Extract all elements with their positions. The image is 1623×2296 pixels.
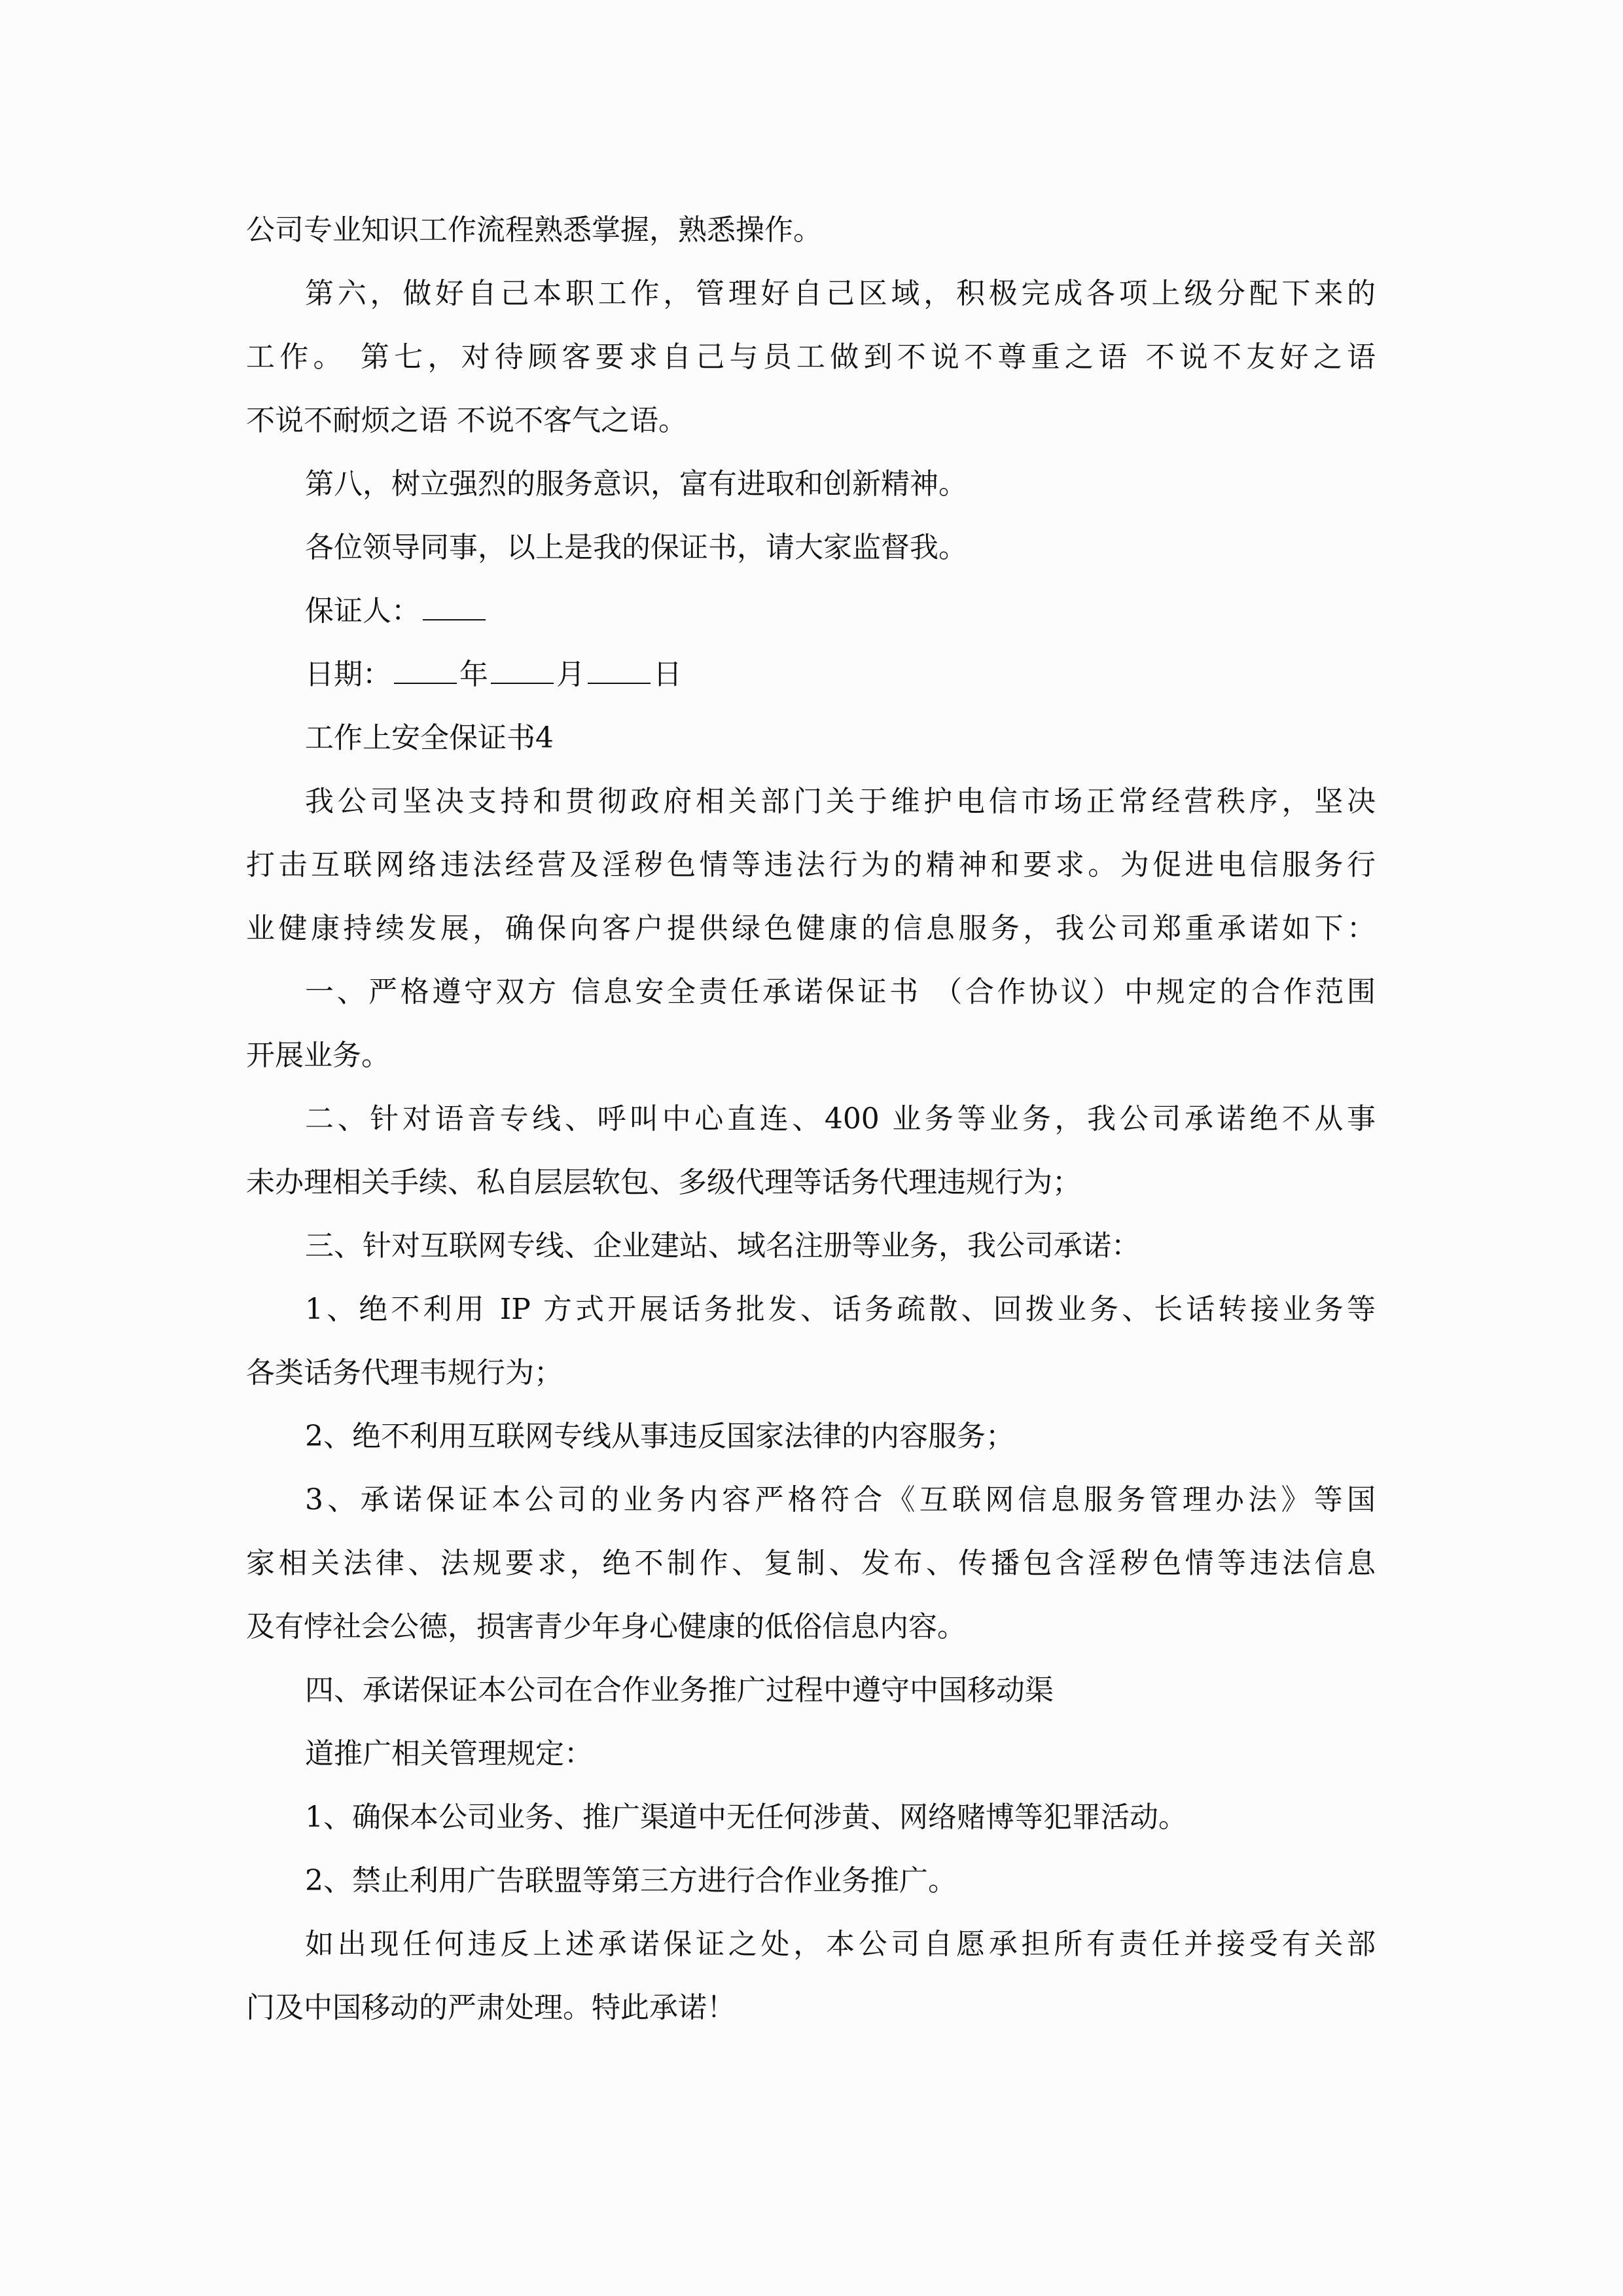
date-label: 日期： <box>305 658 391 691</box>
section-title: 工作上安全保证书4 <box>305 720 554 757</box>
year-label: 年 <box>459 658 488 691</box>
paragraph-line: 门及中国移动的严肃处理。特此承诺！ <box>246 1990 736 2026</box>
paragraph-line: 不说不耐烦之语 不说不客气之语。 <box>246 403 687 439</box>
paragraph-line: 3、承诺保证本公司的业务内容严格符合《互联网信息服务管理办法》等国 <box>305 1482 1376 1518</box>
paragraph-line: 第八，树立强烈的服务意识，富有进取和创新精神。 <box>305 466 967 503</box>
paragraph-line: 各位领导同事，以上是我的保证书，请大家监督我。 <box>305 529 967 566</box>
paragraph-line: 各类话务代理韦规行为； <box>246 1355 563 1391</box>
paragraph-line: 业健康持续发展，确保向客户提供绿色健康的信息服务，我公司郑重承诺如下： <box>246 910 1376 947</box>
paragraph-line: 2、禁止利用广告联盟等第三方进行合作业务推广。 <box>305 1863 957 1899</box>
paragraph-line: 家相关法律、法规要求，绝不制作、复制、发布、传播包含淫秽色情等违法信息 <box>246 1545 1376 1582</box>
paragraph-line: 公司专业知识工作流程熟悉掌握，熟悉操作。 <box>246 212 822 249</box>
paragraph-line: 未办理相关手续、私自层层软包、多级代理等话务代理违规行为； <box>246 1164 1081 1201</box>
paragraph-line: 一、严格遵守双方 信息安全责任承诺保证书 （合作协议）中规定的合作范围 <box>305 974 1376 1011</box>
paragraph-line: 1、绝不利用 IP 方式开展话务批发、话务疏散、回拨业务、长话转接业务等 <box>305 1291 1376 1328</box>
paragraph-line: 四、承诺保证本公司在合作业务推广过程中遵守中国移动渠 <box>305 1672 1054 1709</box>
paragraph-line: 工作。 第七，对待顾客要求自己与员工做到不说不尊重之语 不说不友好之语 <box>246 339 1376 376</box>
paragraph-line: 2、绝不利用互联网专线从事违反国家法律的内容服务； <box>305 1418 1014 1455</box>
day-blank[interactable] <box>588 656 651 684</box>
paragraph-line: 三、针对互联网专线、企业建站、域名注册等业务，我公司承诺： <box>305 1228 1140 1265</box>
day-label: 日 <box>653 658 682 691</box>
paragraph-line: 二、针对语音专线、呼叫中心直连、400 业务等业务，我公司承诺绝不从事 <box>305 1101 1376 1138</box>
signature-label: 保证人： <box>305 594 420 628</box>
month-label: 月 <box>556 658 585 691</box>
month-blank[interactable] <box>491 656 554 684</box>
paragraph-line: 我公司坚决支持和贯彻政府相关部门关于维护电信市场正常经营秩序，坚决 <box>305 783 1376 820</box>
paragraph-line: 如出现任何违反上述承诺保证之处，本公司自愿承担所有责任并接受有关部 <box>305 1926 1376 1963</box>
signature-line: 保证人： <box>305 593 488 630</box>
paragraph-line: 开展业务。 <box>246 1037 390 1074</box>
paragraph-line: 打击互联网络违法经营及淫秽色情等违法行为的精神和要求。为促进电信服务行 <box>246 847 1376 884</box>
document-page: 公司专业知识工作流程熟悉掌握，熟悉操作。 第六，做好自己本职工作，管理好自己区域… <box>0 0 1623 2296</box>
year-blank[interactable] <box>394 656 457 684</box>
paragraph-line: 及有悖社会公德，损害青少年身心健康的低俗信息内容。 <box>246 1609 966 1645</box>
signature-blank[interactable] <box>423 593 486 620</box>
paragraph-line: 第六，做好自己本职工作，管理好自己区域，积极完成各项上级分配下来的 <box>305 276 1376 312</box>
paragraph-line: 道推广相关管理规定： <box>305 1736 593 1772</box>
paragraph-line: 1、确保本公司业务、推广渠道中无任何涉黄、网络赌博等犯罪活动。 <box>305 1799 1187 1836</box>
date-line: 日期：年月日 <box>305 656 682 693</box>
